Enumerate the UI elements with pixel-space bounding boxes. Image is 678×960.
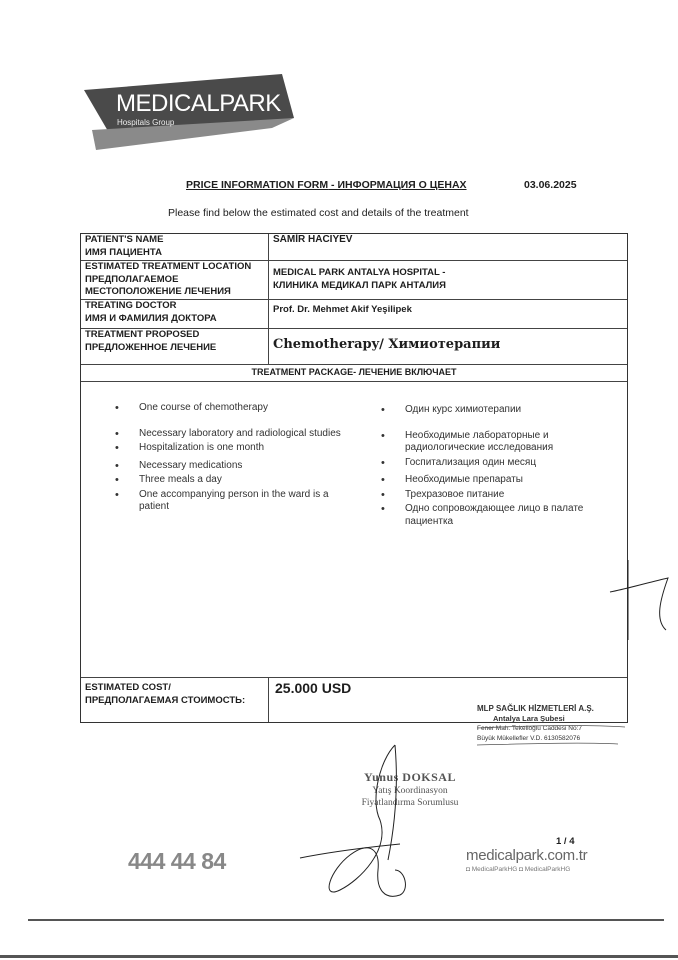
price-info-table: PATIENT'S NAME ИМЯ ПАЦИЕНТА SAMİR HACIYE…: [80, 233, 628, 723]
package-header-row: TREATMENT PACKAGE- ЛЕЧЕНИЕ ВКЛЮЧАЕТ: [81, 365, 627, 382]
footer-divider: [28, 919, 664, 921]
cost-label: ESTIMATED COST/ ПРЕДПОЛАГАЕМАЯ СТОИМОСТЬ…: [81, 678, 269, 722]
patient-name: SAMİR HACIYEV: [269, 234, 627, 260]
website-link: medicalpark.com.tr: [466, 847, 587, 864]
patient-label-ru: ИМЯ ПАЦИЕНТА: [85, 247, 264, 260]
medicalpark-logo: MEDICALPARK Hospitals Group: [82, 68, 296, 154]
stamp-company: MLP SAĞLIK HİZMETLERİ A.Ş.: [477, 704, 594, 714]
list-item: Necessary medications: [115, 460, 345, 473]
list-item: Necessary laboratory and radiological st…: [115, 428, 345, 441]
location-label-ru1: ПРЕДПОЛАГАЕМОЕ: [85, 274, 264, 287]
page-edge: [0, 955, 678, 958]
list-item: Three meals a day: [115, 474, 345, 487]
form-title-en: PRICE INFORMATION FORM: [186, 179, 328, 191]
doctor-row: TREATING DOCTOR ИМЯ И ФАМИЛИЯ ДОКТОРА Pr…: [81, 300, 627, 329]
location-value: MEDICAL PARK ANTALYA HOSPITAL - КЛИНИКА …: [269, 261, 627, 299]
list-item: Необходимые лабораторные и радиологическ…: [381, 430, 611, 455]
package-content-row: One course of chemotherapy Necessary lab…: [81, 382, 627, 678]
form-date: 03.06.2025: [524, 179, 577, 191]
list-item: Hospitalization is one month: [115, 442, 345, 455]
list-item: Госпитализация один месяц: [381, 457, 611, 470]
list-item: Трехразовое питание: [381, 489, 611, 502]
location-ru: КЛИНИКА МЕДИКАЛ ПАРК АНТАЛИЯ: [273, 280, 623, 293]
social-handles: ◘ MedicalParkHG ◘ MedicalParkHG: [466, 866, 570, 873]
hotline-number: 444 44 84: [128, 848, 226, 875]
logo-brand: MEDICALPARK: [116, 90, 281, 118]
form-title: PRICE INFORMATION FORM - ИНФОРМАЦИЯ О ЦЕ…: [186, 179, 467, 191]
list-item: Один курс химиотерапии: [381, 404, 611, 417]
stamp-tax-office: Büyük Mükellefler V.D. 6130582076: [477, 734, 594, 744]
stamp-address: Fener Mah. Tekelioğlu Caddesi No:7: [477, 724, 594, 734]
doctor-name: Prof. Dr. Mehmet Akif Yeşilipek: [269, 300, 627, 328]
company-stamp: MLP SAĞLIK HİZMETLERİ A.Ş. Antalya Lara …: [477, 704, 594, 744]
patient-label-en: PATIENT'S NAME: [85, 234, 264, 247]
doctor-label: TREATING DOCTOR ИМЯ И ФАМИЛИЯ ДОКТОРА: [81, 300, 269, 328]
page-number: 1 / 4: [556, 836, 575, 847]
cost-label-en: ESTIMATED COST/: [85, 682, 264, 695]
signatory-title-2: Fiyatlandırma Sorumlusu: [340, 797, 480, 809]
package-list-en: One course of chemotherapy Necessary lab…: [115, 402, 345, 514]
list-item: One course of chemotherapy: [115, 402, 345, 415]
list-item: Одно сопровождающее лицо в палате пациен…: [381, 503, 611, 528]
logo-subtitle: Hospitals Group: [117, 118, 174, 127]
location-label-ru2: МЕСТОПОЛОЖЕНИЕ ЛЕЧЕНИЯ: [85, 286, 264, 299]
signatory-title-1: Yatış Koordinasyon: [340, 785, 480, 797]
signatory-block: Yunus DOKSAL Yatış Koordinasyon Fiyatlan…: [340, 770, 480, 809]
stamp-branch: Antalya Lara Şubesi: [477, 714, 594, 724]
treatment-row: TREATMENT PROPOSED ПРЕДЛОЖЕННОЕ ЛЕЧЕНИЕ …: [81, 329, 627, 365]
location-label: ESTIMATED TREATMENT LOCATION ПРЕДПОЛАГАЕ…: [81, 261, 269, 299]
intro-text: Please find below the estimated cost and…: [168, 207, 469, 219]
list-item: One accompanying person in the ward is a…: [115, 489, 345, 514]
list-item: Необходимые препараты: [381, 474, 611, 487]
patient-row: PATIENT'S NAME ИМЯ ПАЦИЕНТА SAMİR HACIYE…: [81, 234, 627, 261]
doctor-label-ru: ИМЯ И ФАМИЛИЯ ДОКТОРА: [85, 313, 264, 326]
cost-label-ru: ПРЕДПОЛАГАЕМАЯ СТОИМОСТЬ:: [85, 695, 264, 708]
package-header: TREATMENT PACKAGE- ЛЕЧЕНИЕ ВКЛЮЧАЕТ: [81, 365, 627, 381]
signatory-name: Yunus DOKSAL: [340, 770, 480, 785]
package-list-ru: Один курс химиотерапии Необходимые лабор…: [381, 404, 611, 528]
treatment-value: Chemotherapy/ Химиотерапии: [269, 329, 627, 364]
doctor-label-en: TREATING DOCTOR: [85, 300, 264, 313]
location-en: MEDICAL PARK ANTALYA HOSPITAL -: [273, 267, 623, 280]
form-title-ru: ИНФОРМАЦИЯ О ЦЕНАХ: [337, 179, 466, 191]
treatment-label-en: TREATMENT PROPOSED: [85, 329, 264, 342]
patient-label: PATIENT'S NAME ИМЯ ПАЦИЕНТА: [81, 234, 269, 260]
treatment-label: TREATMENT PROPOSED ПРЕДЛОЖЕННОЕ ЛЕЧЕНИЕ: [81, 329, 269, 364]
location-row: ESTIMATED TREATMENT LOCATION ПРЕДПОЛАГАЕ…: [81, 261, 627, 300]
treatment-label-ru: ПРЕДЛОЖЕННОЕ ЛЕЧЕНИЕ: [85, 342, 264, 355]
location-label-en: ESTIMATED TREATMENT LOCATION: [85, 261, 264, 274]
